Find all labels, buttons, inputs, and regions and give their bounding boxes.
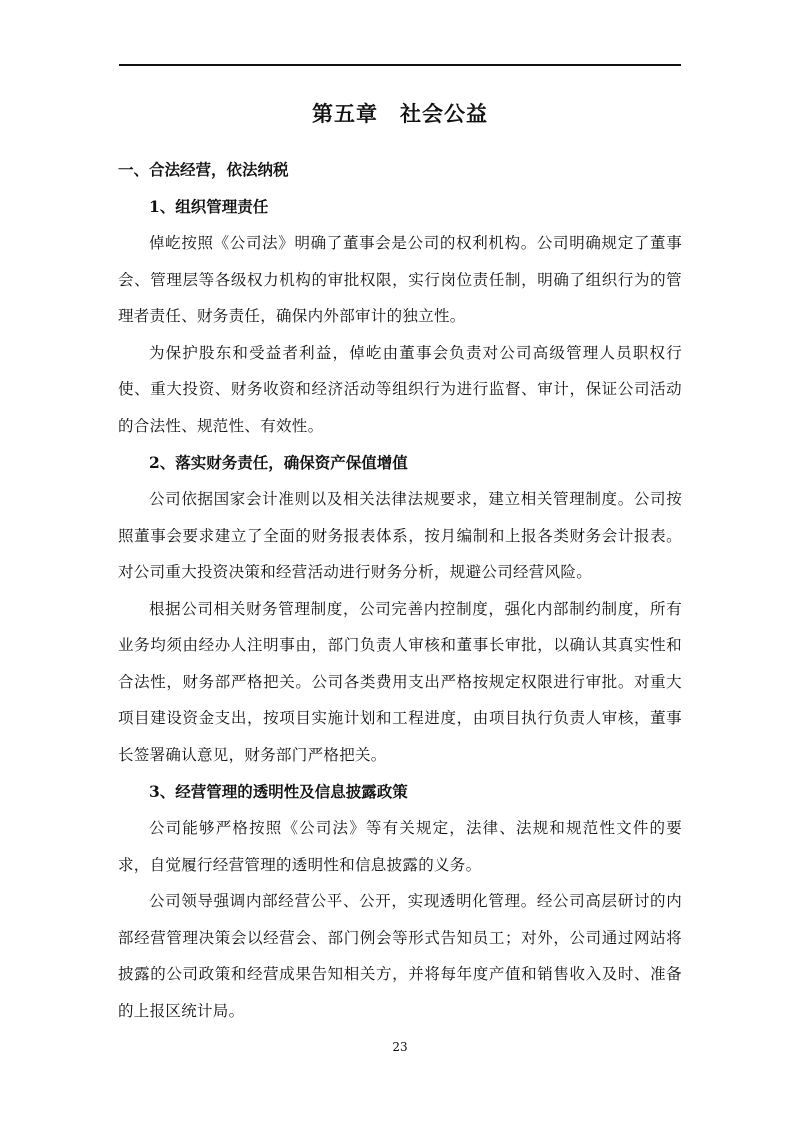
- paragraph: 公司领导强调内部经营公平、公开，实现透明化管理。经公司高层研讨的内部经营管理决策…: [118, 883, 682, 1029]
- document-body: 一、合法经营，依法纳税 1、组织管理责任 倬屹按照《公司法》明确了董事会是公司的…: [118, 152, 682, 1029]
- paragraph: 根据公司相关财务管理制度，公司完善内控制度，强化内部制约制度，所有业务均须由经办…: [118, 591, 682, 774]
- page-number: 23: [0, 1040, 800, 1054]
- subsection-heading: 1、组织管理责任: [118, 188, 682, 225]
- paragraph: 为保护股东和受益者利益，倬屹由董事会负责对公司高级管理人员职权行使、重大投资、财…: [118, 335, 682, 445]
- header-rule: [119, 64, 681, 66]
- paragraph: 公司能够严格按照《公司法》等有关规定，法律、法规和规范性文件的要求，自觉履行经营…: [118, 810, 682, 883]
- subsection-heading: 3、经营管理的透明性及信息披露政策: [118, 773, 682, 810]
- paragraph: 倬屹按照《公司法》明确了董事会是公司的权利机构。公司明确规定了董事会、管理层等各…: [118, 225, 682, 335]
- chapter-title: 第五章 社会公益: [0, 98, 800, 128]
- section-heading: 一、合法经营，依法纳税: [118, 152, 682, 188]
- subsection-heading: 2、落实财务责任，确保资产保值增值: [118, 444, 682, 481]
- paragraph: 公司依据国家会计准则以及相关法律法规要求，建立相关管理制度。公司按照董事会要求建…: [118, 481, 682, 591]
